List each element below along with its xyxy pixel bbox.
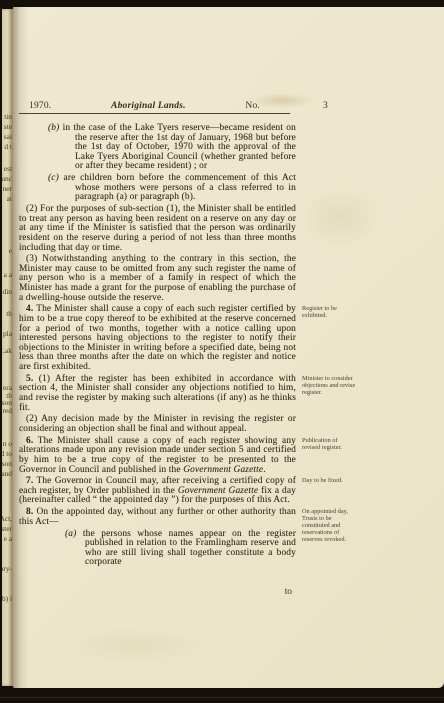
scanned-book-page: tinstesaid testuncneratea adinthplaLaker… bbox=[0, 0, 444, 703]
edge-text-fragment: Lak bbox=[2, 347, 12, 354]
edge-text-fragment: din bbox=[3, 288, 12, 295]
margin-note: Register to be exhibited. bbox=[302, 306, 356, 320]
text-segment: in the case of the Lake Tyers reserve—be… bbox=[63, 123, 296, 171]
edge-text-fragment: pla bbox=[3, 330, 12, 337]
edge-text-fragment: at bbox=[7, 195, 12, 202]
catchword: to bbox=[19, 587, 296, 597]
paragraph-label: (c) bbox=[48, 173, 59, 183]
statute-text-column: (b) in the case of the Lake Tyers reserv… bbox=[19, 124, 296, 570]
edge-text-fragment: unc bbox=[2, 175, 12, 182]
margin-note: Minister to consider objections and revi… bbox=[302, 376, 356, 397]
text-segment: Government Gazette bbox=[183, 465, 263, 475]
running-header: 1970. Aboriginal Lands. No. bbox=[19, 101, 290, 111]
statute-paragraph: 6. The Minister shall cause a copy of ea… bbox=[19, 437, 296, 475]
edge-text-fragment: a a bbox=[4, 271, 12, 278]
statute-paragraph: (a) the persons whose names appear on th… bbox=[19, 530, 296, 568]
statute-paragraph: 7. The Governor in Council may, after re… bbox=[19, 477, 296, 506]
statute-paragraph: (b) in the case of the Lake Tyers reserv… bbox=[19, 124, 296, 172]
paragraph-label: (a) bbox=[65, 529, 76, 539]
paper-stain bbox=[300, 187, 380, 247]
statute-paragraph: (2) For the purposes of sub-section (1),… bbox=[19, 205, 296, 253]
edge-text-fragment: n o bbox=[3, 440, 12, 447]
edge-text-fragment: tin bbox=[4, 113, 12, 120]
paper-stain bbox=[63, 627, 203, 663]
header-rule bbox=[19, 113, 290, 114]
edge-text-fragment: uary- bbox=[2, 565, 12, 572]
text-segment: are children born before the commencemen… bbox=[64, 173, 296, 202]
edge-text-fragment: sai bbox=[4, 133, 12, 140]
statute-paragraph: 5. (1) After the register has been exhib… bbox=[19, 375, 296, 413]
text-segment: the persons whose names appear on the re… bbox=[83, 529, 296, 568]
edge-text-fragment: d to bbox=[2, 450, 12, 457]
statute-paragraph: (c) are children born before the commenc… bbox=[19, 174, 296, 203]
edge-text-fragment: b) i bbox=[2, 595, 12, 602]
edge-text-fragment: and bbox=[2, 470, 12, 477]
header-year: 1970. bbox=[19, 101, 51, 111]
margin-note: Publication of revised register. bbox=[302, 438, 356, 452]
statute-paragraph: 4. The Minister shall cause a copy of ea… bbox=[19, 305, 296, 372]
edge-text-fragment: d t bbox=[4, 143, 12, 150]
text-segment: The Minister shall cause a copy of each … bbox=[19, 304, 296, 372]
edge-text-fragment: e a bbox=[4, 535, 12, 542]
facing-page-edge: tinstesaid testuncneratea adinthplaLaker… bbox=[2, 9, 13, 686]
edge-text-fragment: ner bbox=[3, 185, 12, 192]
edge-text-fragment: gister bbox=[2, 525, 12, 532]
header-title: Aboriginal Lands. bbox=[111, 101, 186, 111]
text-segment: On the appointed day, without any furthe… bbox=[19, 507, 296, 527]
statute-paragraph: 8. On the appointed day, without any fur… bbox=[19, 508, 296, 527]
edge-text-fragment: rson bbox=[2, 460, 12, 467]
page-paper: 1970. Aboriginal Lands. No. 3 (b) in the… bbox=[13, 7, 444, 688]
edge-text-fragment: ste bbox=[4, 123, 12, 130]
edge-text-fragment: est bbox=[4, 165, 12, 172]
text-segment: (2) Any decision made by the Minister in… bbox=[19, 414, 296, 434]
statute-paragraph: (2) Any decision made by the Minister in… bbox=[19, 415, 296, 434]
text-segment: (2) For the purposes of sub-section (1),… bbox=[19, 204, 296, 252]
statute-paragraph: (3) Notwithstanding anything to the cont… bbox=[19, 255, 296, 303]
margin-note: On appointed day, Trusts to be constitut… bbox=[302, 509, 356, 544]
header-no-label: No. bbox=[245, 101, 260, 111]
edge-text-fragment: Act, bbox=[2, 515, 12, 522]
margin-note: Day to be fixed. bbox=[302, 478, 356, 485]
page-number: 3 bbox=[323, 101, 328, 111]
edge-text-fragment: th bbox=[6, 310, 12, 317]
edge-text-fragment: uired bbox=[2, 407, 12, 414]
text-segment: . bbox=[263, 465, 266, 475]
text-segment: (3) Notwithstanding anything to the cont… bbox=[19, 254, 296, 302]
paragraph-label: (b) bbox=[48, 123, 59, 133]
text-segment: (1) After the register has been exhibite… bbox=[19, 374, 296, 413]
edge-text-fragment: e bbox=[9, 247, 12, 254]
